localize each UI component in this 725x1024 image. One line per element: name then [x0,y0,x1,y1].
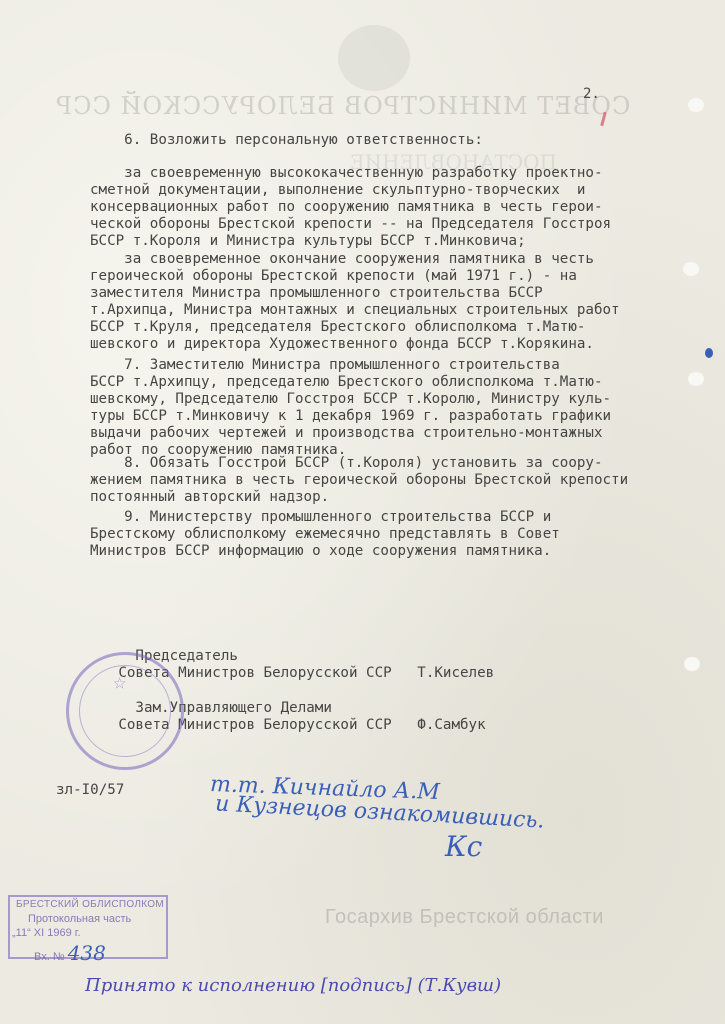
ink-blot [705,348,713,358]
paragraph-line: Брестскому облисполкому ежемесячно предс… [90,526,560,543]
paragraph-line: 6. Возложить персональную ответственност… [90,132,483,149]
page-number: 2. [583,86,600,102]
reference-code: зл-I0/57 [56,782,124,799]
paragraph-line: ческой обороны Брестской крепости -- на … [90,216,611,233]
paragraph-line: БССР т.Короля и Министра культуры БССР т… [90,233,526,250]
paragraph-line: шевскому, Председателю Госстроя БССР т.К… [90,391,611,408]
stamp-incoming-number: 438 [68,941,106,965]
punch-hole [683,262,699,276]
punch-hole [688,98,704,112]
star-icon: ☆ [113,670,126,695]
handwritten-initials: Кс [445,830,482,863]
paragraph-line: БССР т.Архипцу, председателю Брестского … [90,374,603,391]
paragraph-line: за своевременную высококачественную разр… [90,165,603,182]
paragraph-line: туры БССР т.Минковичу к 1 декабря 1969 г… [90,408,611,425]
paragraph-line: заместителя Министра промышленного строи… [90,285,543,302]
paragraph-line: 9. Министерству промышленного строительс… [90,509,551,526]
paragraph-line: шевского и директора Художественного фон… [90,336,594,353]
paragraph-line: т.Архипца, Министра монтажных и специаль… [90,302,620,319]
paragraph-line: Министров БССР информацию о ходе сооруже… [90,543,551,560]
punch-hole [688,372,704,386]
paragraph-line: 7. Заместителю Министра промышленного ст… [90,357,560,374]
stamp-org: БРЕСТСКИЙ ОБЛИСПОЛКОМ [16,899,164,910]
paragraph-line: выдачи рабочих чертежей и производства с… [90,425,603,442]
stamp-section: Протокольная часть [28,913,131,925]
stamp-incoming: Вх. № 438 [34,941,106,965]
paragraph-line: сметной документации, выполнение скульпт… [90,182,585,199]
paragraph-line: БССР т.Круля, председателя Брестского об… [90,319,585,336]
paragraph-line: героической обороны Брестской крепости (… [90,268,577,285]
paragraph-line: 8. Обязать Госстрой БССР (т.Короля) уста… [90,455,603,472]
paragraph-line: жением памятника в честь героической обо… [90,472,628,489]
ghost-emblem-icon [338,25,410,91]
ghost-header: СОВЕТ МИНИСТРОВ БЕЛОРУССКОЙ ССР [55,92,630,120]
paragraph-line: за своевременное окончание сооружения па… [90,251,594,268]
stamp-incoming-label: Вх. № [34,951,65,963]
paragraph-line: постоянный авторский надзор. [90,489,329,506]
bottom-handwritten-note: Принято к исполнению [подпись] (Т.Кувш) [85,975,501,996]
archive-watermark: Госархив Брестской области [325,906,604,929]
paragraph-line: консервационных работ по сооружению памя… [90,199,603,216]
registration-stamp: БРЕСТСКИЙ ОБЛИСПОЛКОМ Протокольная часть… [8,895,168,959]
stamp-date: „11“ XI 1969 г. [12,927,166,939]
punch-hole [684,657,700,671]
